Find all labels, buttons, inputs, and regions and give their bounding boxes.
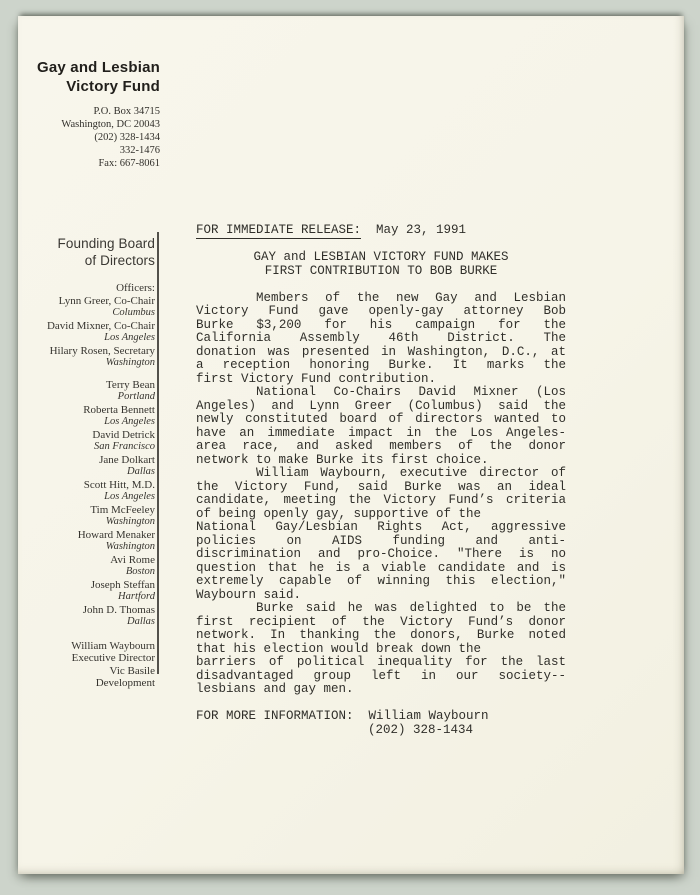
body-line: Burke said he was delighted to be the (196, 602, 566, 616)
address-line: P.O. Box 34715 (18, 105, 160, 118)
address-line: 332-1476 (18, 144, 160, 157)
board-member-name: Scott Hitt, M.D. (18, 479, 155, 492)
contact-line: FOR MORE INFORMATION:William Waybourn (196, 710, 566, 724)
org-address: P.O. Box 34715Washington, DC 20043(202) … (18, 105, 160, 170)
staff-line: William Waybourn (18, 640, 155, 653)
board-heading: Founding Board of Directors (18, 235, 155, 269)
sidebar-divider-line (157, 232, 159, 674)
body-line: network to make Burke its first choice. (196, 454, 566, 468)
body-line: question that he is a viable candidate a… (196, 562, 566, 576)
body-line: donation was presented in Washington, D.… (196, 346, 566, 360)
body-line: newly constituted board of directors wan… (196, 413, 566, 427)
body-line: first Victory Fund contribution. (196, 373, 566, 387)
board-member-city: Los Angeles (18, 416, 155, 429)
org-name: Gay and Lesbian Victory Fund (18, 58, 160, 96)
body-line: candidate, meeting the Victory Fund’s cr… (196, 494, 566, 508)
org-name-line1: Gay and Lesbian (18, 58, 160, 77)
board-sidebar: Founding Board of Directors Officers: Ly… (18, 235, 155, 690)
letterhead: Gay and Lesbian Victory Fund P.O. Box 34… (18, 58, 160, 170)
board-member-name: Joseph Steffan (18, 579, 155, 592)
board-member-name: John D. Thomas (18, 604, 155, 617)
headline-line1: GAY and LESBIAN VICTORY FUND MAKES (196, 251, 566, 265)
body-line: network. In thanking the donors, Burke n… (196, 629, 566, 643)
address-line: Washington, DC 20043 (18, 118, 160, 131)
body-line: Waybourn said. (196, 589, 566, 603)
body-line: Burke $3,200 for his campaign for the (196, 319, 566, 333)
body-line: discrimination and pro-Choice. "There is… (196, 548, 566, 562)
paragraph: William Waybourn, executive director oft… (196, 467, 566, 602)
body-line: have an immediate impact in the Los Ange… (196, 427, 566, 441)
board-member-name: Lynn Greer, Co-Chair (18, 295, 155, 308)
release-date: May 23, 1991 (376, 223, 466, 237)
body-line: National Co-Chairs David Mixner (Los (196, 386, 566, 400)
paragraph: Members of the new Gay and LesbianVictor… (196, 292, 566, 387)
body-line: that his election would break down the (196, 643, 566, 657)
contact-phone: (202) 328-1434 (196, 724, 566, 738)
board-member-city: Hartford (18, 591, 155, 604)
board-member-name: Jane Dolkart (18, 454, 155, 467)
board-member-city: Dallas (18, 616, 155, 629)
contact-info: FOR MORE INFORMATION:William Waybourn (2… (196, 710, 566, 737)
body-line: the Victory Fund, said Burke was an idea… (196, 481, 566, 495)
board-member-city: Washington (18, 516, 155, 529)
scan-background: Gay and Lesbian Victory Fund P.O. Box 34… (0, 0, 700, 895)
members-list: Terry BeanPortlandRoberta BennettLos Ang… (18, 379, 155, 629)
board-member-name: Hilary Rosen, Secretary (18, 345, 155, 358)
body-line: Victory Fund gave openly-gay attorney Bo… (196, 305, 566, 319)
body-line: disadvantaged group left in our society-… (196, 670, 566, 684)
body-line: a reception honoring Burke. It marks the (196, 359, 566, 373)
board-member-city: San Francisco (18, 441, 155, 454)
board-member-name: David Detrick (18, 429, 155, 442)
board-heading-line2: of Directors (18, 252, 155, 269)
address-line: Fax: 667-8061 (18, 157, 160, 170)
body-line: California Assembly 46th District. The (196, 332, 566, 346)
board-member-city: Portland (18, 391, 155, 404)
body-line: William Waybourn, executive director of (196, 467, 566, 481)
board-member-city: Washington (18, 541, 155, 554)
release-label: FOR IMMEDIATE RELEASE: (196, 223, 361, 239)
board-member-name: Terry Bean (18, 379, 155, 392)
body-line: Angeles) and Lynn Greer (Columbus) said … (196, 400, 566, 414)
staff-line: Executive Director (18, 652, 155, 665)
board-member-name: Avi Rome (18, 554, 155, 567)
staff-line: Vic Basile (18, 665, 155, 678)
board-member-name: David Mixner, Co-Chair (18, 320, 155, 333)
board-member-city: Washington (18, 357, 155, 370)
body-line: area race, and asked members of the dono… (196, 440, 566, 454)
officers-label: Officers: (18, 282, 155, 295)
body-line: Members of the new Gay and Lesbian (196, 292, 566, 306)
body-line: National Gay/Lesbian Rights Act, aggress… (196, 521, 566, 535)
board-member-city: Columbus (18, 307, 155, 320)
staff-line: Development (18, 677, 155, 690)
release-body: FOR IMMEDIATE RELEASE:May 23, 1991 GAY a… (196, 224, 566, 737)
body-line: extremely capable of winning this electi… (196, 575, 566, 589)
contact-name: William Waybourn (369, 709, 489, 723)
board-member-city: Los Angeles (18, 491, 155, 504)
body-line: of being openly gay, supportive of the (196, 508, 566, 522)
board-heading-line1: Founding Board (18, 235, 155, 252)
press-release-page: Gay and Lesbian Victory Fund P.O. Box 34… (18, 16, 684, 874)
officers-list: Lynn Greer, Co-ChairColumbusDavid Mixner… (18, 295, 155, 370)
staff-list: William WaybournExecutive DirectorVic Ba… (18, 640, 155, 690)
body-line: lesbians and gay men. (196, 683, 566, 697)
board-member-city: Dallas (18, 466, 155, 479)
body-line: first recipient of the Victory Fund’s do… (196, 616, 566, 630)
board-member-city: Los Angeles (18, 332, 155, 345)
body-line: barriers of political inequality for the… (196, 656, 566, 670)
paragraph: National Co-Chairs David Mixner (LosAnge… (196, 386, 566, 467)
release-line: FOR IMMEDIATE RELEASE:May 23, 1991 (196, 224, 566, 238)
org-name-line2: Victory Fund (18, 77, 160, 96)
paragraphs: Members of the new Gay and LesbianVictor… (196, 292, 566, 697)
body-line: policies on AIDS funding and anti- (196, 535, 566, 549)
contact-label: FOR MORE INFORMATION: (196, 709, 354, 723)
board-member-city: Boston (18, 566, 155, 579)
board-member-name: Roberta Bennett (18, 404, 155, 417)
board-member-name: Tim McFeeley (18, 504, 155, 517)
paragraph: Burke said he was delighted to be thefir… (196, 602, 566, 697)
address-line: (202) 328-1434 (18, 131, 160, 144)
board-member-name: Howard Menaker (18, 529, 155, 542)
headline-line2: FIRST CONTRIBUTION TO BOB BURKE (196, 265, 566, 279)
headline: GAY and LESBIAN VICTORY FUND MAKES FIRST… (196, 251, 566, 278)
